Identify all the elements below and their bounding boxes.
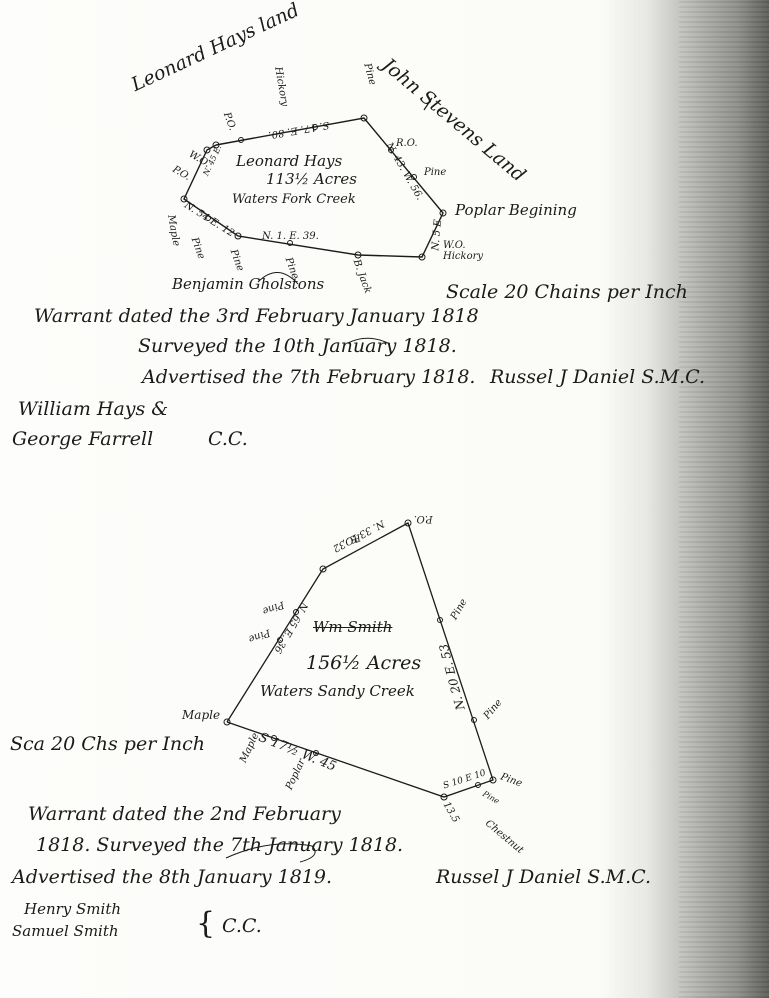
adjoiner-benjamin-gholstons: Benjamin Gholstons	[172, 275, 324, 293]
tract-owner-wm-smith: Wm Smith	[313, 618, 392, 636]
tract-waters-fork-creek: Waters Fork Creek	[232, 192, 356, 207]
survey2-cc: C.C.	[222, 915, 262, 937]
tract-waters-sandy-creek: Waters Sandy Creek	[260, 682, 415, 700]
corner-poplar-beginning: Poplar Begining	[455, 201, 577, 219]
survey1-surveyed: Surveyed the 10th January 1818.	[138, 335, 457, 357]
survey1-cc: C.C.	[208, 428, 248, 450]
survey2-chain-carrier-2: Samuel Smith	[12, 922, 119, 940]
survey1-chain-carrier-2: George Farrell	[12, 428, 153, 450]
survey2-cc-brace: {	[196, 906, 215, 941]
survey2-scale: Sca 20 Chs per Inch	[10, 733, 205, 755]
corner-wo-hickory: W.O. Hickory	[443, 240, 483, 262]
corner-po-top: P.O.	[414, 513, 433, 524]
survey1-chain-carrier-1: William Hays &	[18, 398, 168, 420]
tract-acreage-113: 113½ Acres	[266, 170, 357, 188]
survey2-chain-carrier-1: Henry Smith	[24, 900, 121, 918]
corner-pine-east: Pine	[424, 167, 446, 178]
survey2-advertised: Advertised the 8th January 1819.	[12, 866, 332, 888]
survey1-surveyor: Russel J Daniel S.M.C.	[490, 366, 705, 388]
tract-owner-leonard-hays: Leonard Hays	[236, 152, 342, 170]
tract-acreage-156: 156½ Acres	[306, 652, 421, 674]
survey1-advertised: Advertised the 7th February 1818.	[142, 366, 475, 388]
survey2-surveyed: 1818. Surveyed the 7th January 1818.	[36, 834, 403, 856]
corner-maple-w: Maple	[182, 708, 220, 722]
corner-ro: R.O.	[396, 138, 418, 149]
survey1-scale: Scale 20 Chains per Inch	[446, 281, 688, 303]
survey2-warrant: Warrant dated the 2nd February	[28, 803, 341, 825]
survey1-warrant: Warrant dated the 3rd February January 1…	[34, 305, 479, 327]
call-south-line: N. 1. E. 39.	[262, 231, 319, 242]
survey2-surveyor: Russel J Daniel S.M.C.	[436, 866, 651, 888]
